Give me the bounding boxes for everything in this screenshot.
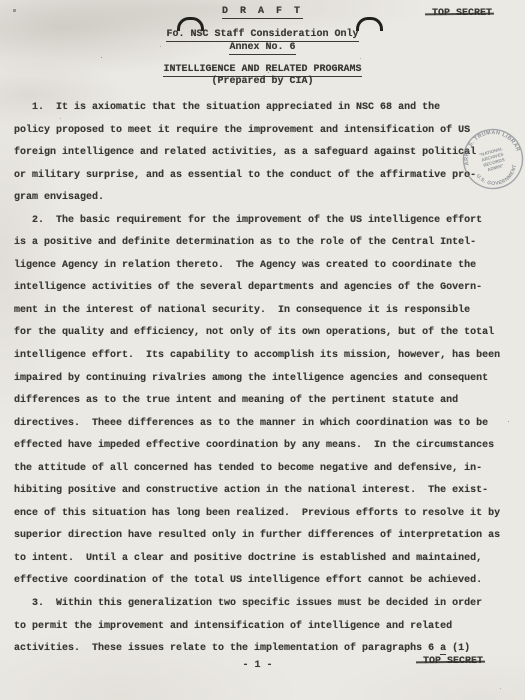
document-line: gram envisaged.	[14, 187, 514, 210]
document-body: 1. It is axiomatic that the situation ap…	[14, 97, 514, 661]
document-line: effective coordination of the total US i…	[14, 570, 514, 593]
classification-top: TOP SECRET	[432, 8, 492, 19]
prepared-by-line: (Prepared by CIA)	[0, 76, 525, 88]
document-title: INTELLIGENCE AND RELATED PROGRAMS	[0, 64, 525, 76]
distribution-line: Fo. NSC Staff Consideration Only	[0, 29, 525, 41]
distribution-text: Fo. NSC Staff Consideration Only	[166, 29, 358, 42]
document-line: policy proposed to meet it require the i…	[14, 120, 514, 143]
document-line: effected have impeded effective coordina…	[14, 435, 514, 458]
annex-text: Annex No. 6	[229, 42, 295, 55]
classification-bottom-text: TOP SECRET	[423, 656, 483, 667]
document-line: hibiting positive and constructive actio…	[14, 480, 514, 503]
draft-label-text: D R A F T	[222, 6, 303, 19]
document-line: intelligence activities of the several d…	[14, 277, 514, 300]
document-line: ence of this situation has long been rea…	[14, 503, 514, 526]
document-line: to permit the improvement and intensific…	[14, 616, 514, 639]
document-line: ligence Agency in relation thereto. The …	[14, 255, 514, 278]
document-line: 3. Within this generalization two specif…	[14, 593, 514, 616]
document-line: directives. Theee differences as to the …	[14, 413, 514, 436]
document-line: 1. It is axiomatic that the situation ap…	[14, 97, 514, 120]
classification-bottom: TOP SECRET	[423, 656, 483, 667]
document-line: intelligence effort. Its capability to a…	[14, 345, 514, 368]
document-line: to intent. Until a clear and positive do…	[14, 548, 514, 571]
document-line: is a positive and definite determination…	[14, 232, 514, 255]
annex-line: Annex No. 6	[0, 42, 525, 54]
document-line: impaired by continuing rivalries among t…	[14, 368, 514, 391]
document-line: the attitude of all concerned has tended…	[14, 458, 514, 481]
paper-specks	[0, 0, 1, 1]
document-line: foreign intelligence and related activit…	[14, 142, 514, 165]
document-line: or military surprise, and as essential t…	[14, 165, 514, 188]
prepared-by-text: (Prepared by CIA)	[211, 76, 313, 87]
document-line: for the quality and efficiency, not only…	[14, 322, 514, 345]
document-line: superior direction have resulted only in…	[14, 525, 514, 548]
document-line: ment in the interest of national securit…	[14, 300, 514, 323]
classification-top-text: TOP SECRET	[432, 8, 492, 19]
document-page: D R A F T TOP SECRET Fo. NSC Staff Consi…	[0, 0, 525, 700]
document-line: differences as to the true intent and me…	[14, 390, 514, 413]
document-line: 2. The basic requirement for the improve…	[14, 210, 514, 233]
